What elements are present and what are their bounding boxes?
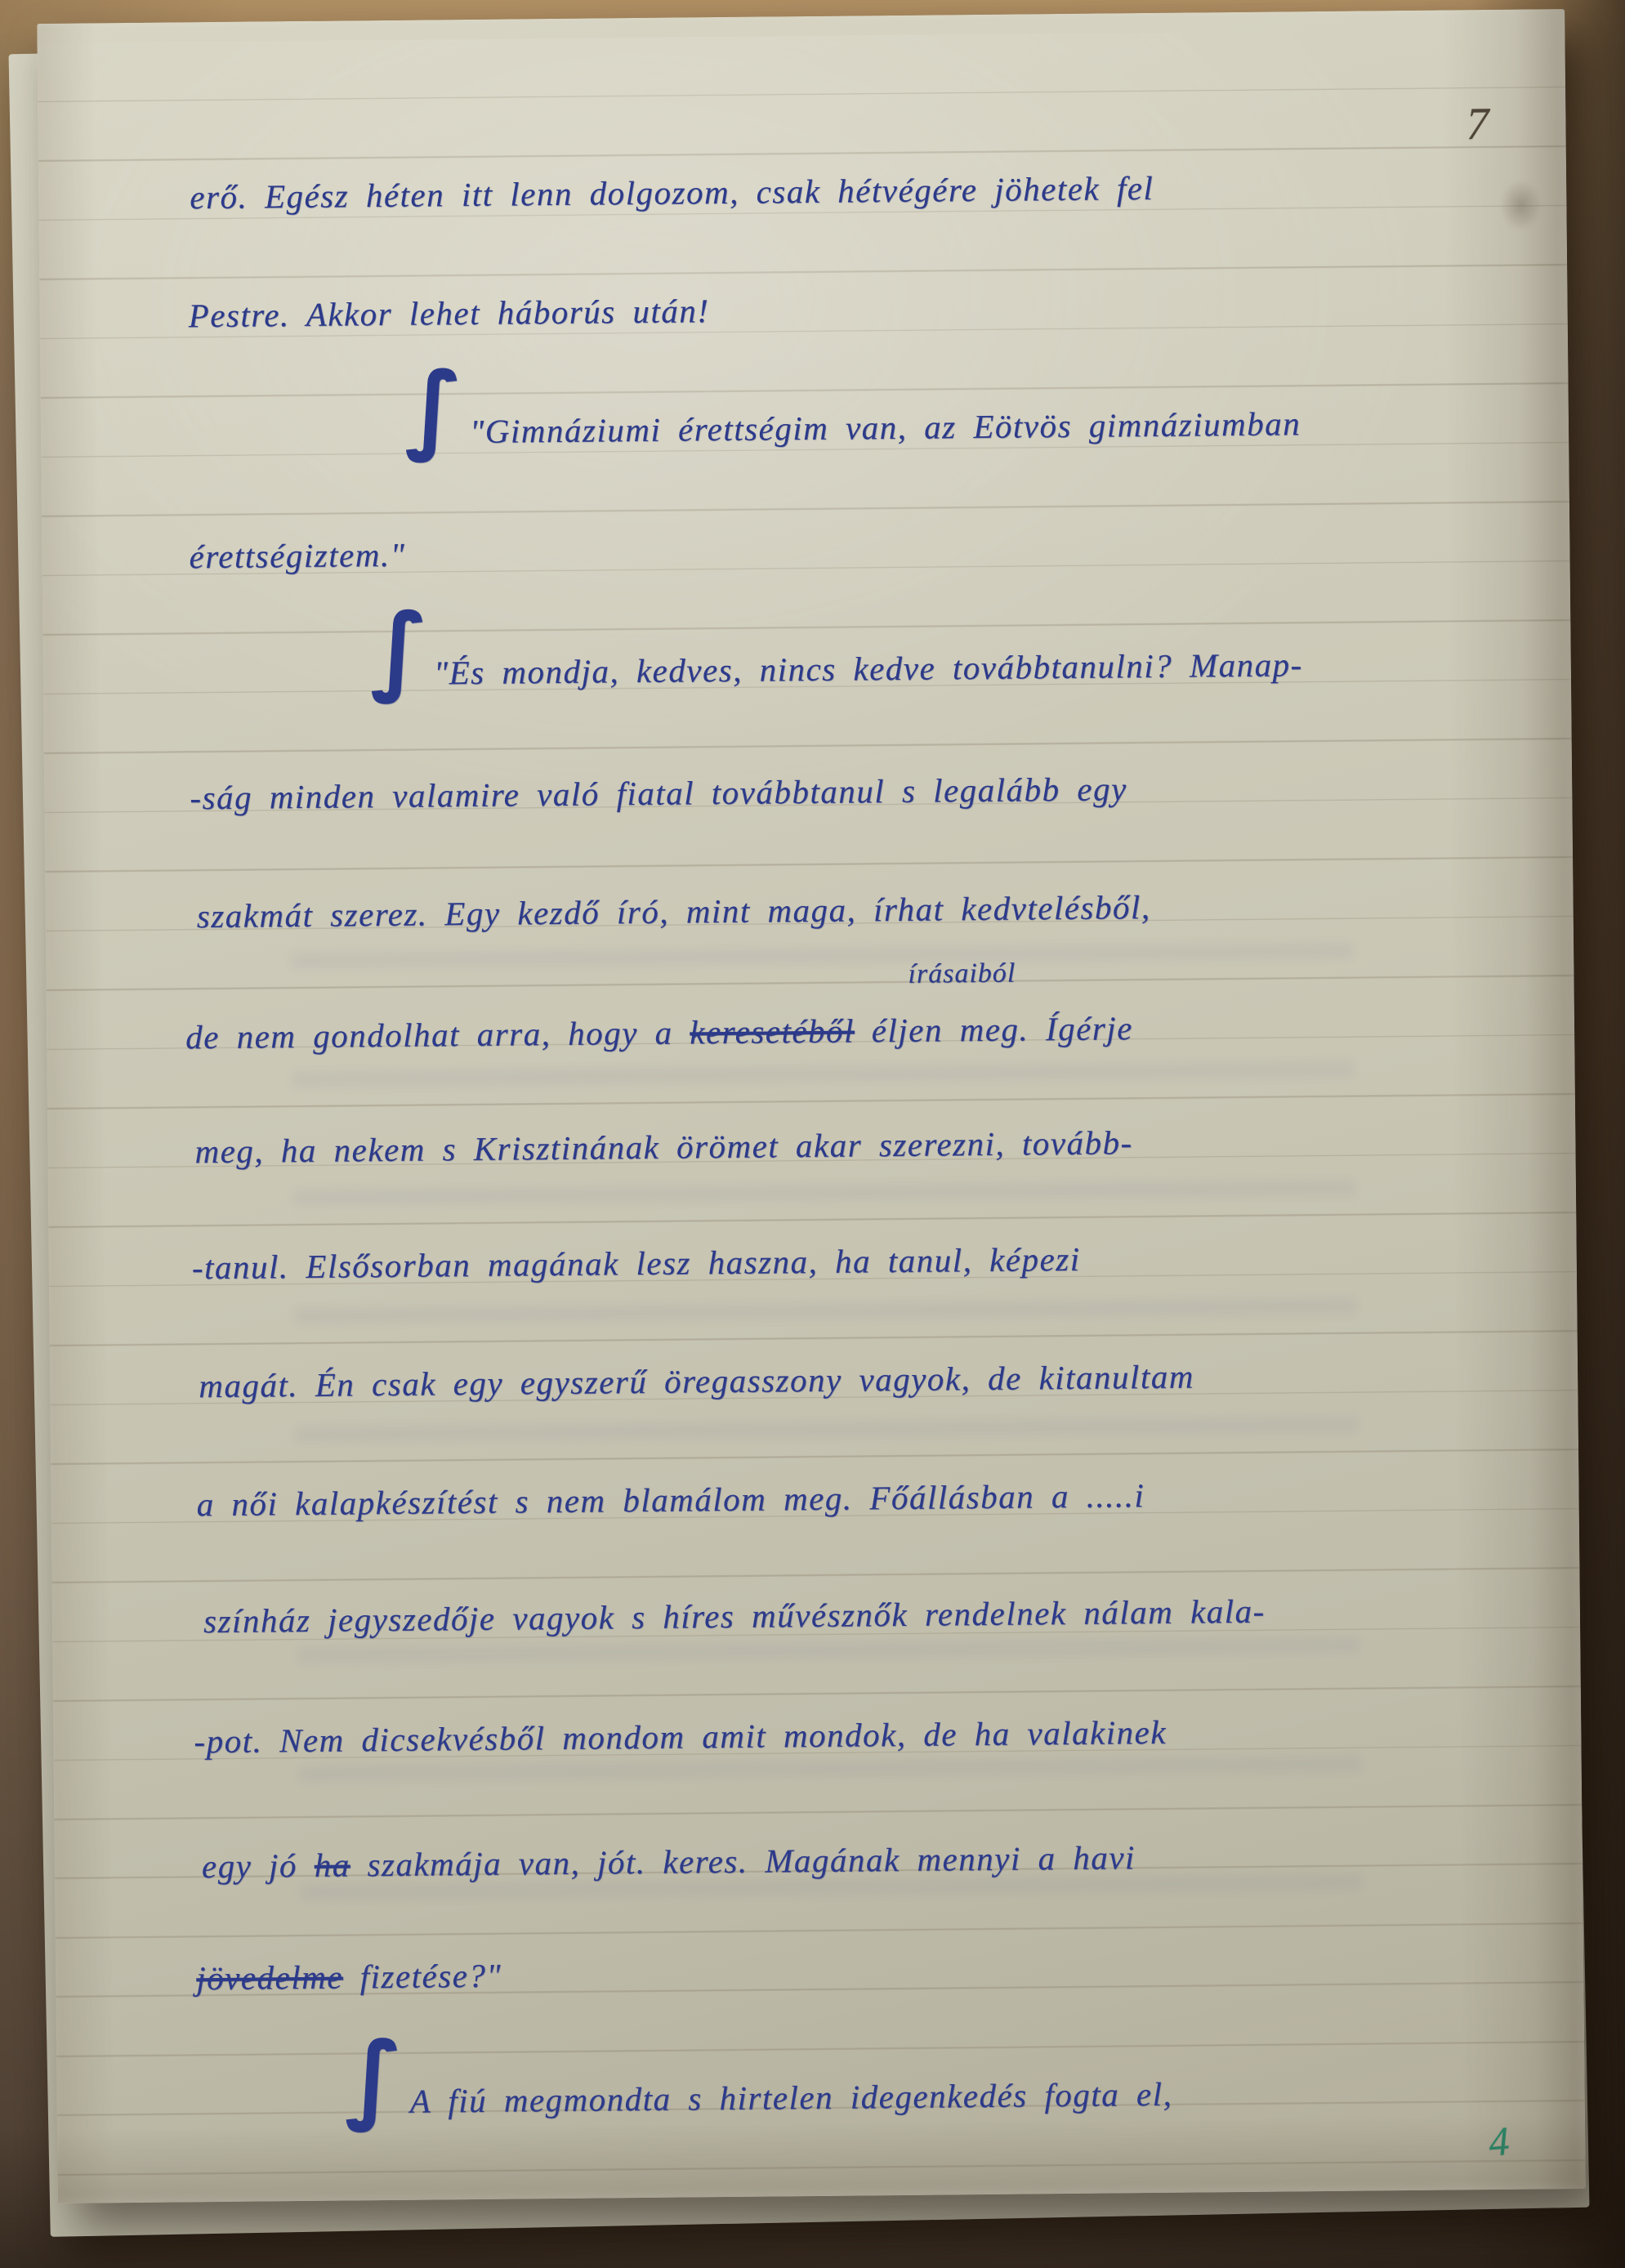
line-text: de nem gondolhat arra, hogy a bbox=[185, 1013, 690, 1056]
line-text: szakmája van, jót. keres. Magának mennyi… bbox=[350, 1838, 1136, 1883]
manuscript-line: jövedelme fizetése?" bbox=[196, 1956, 502, 1998]
struck-word: ha bbox=[314, 1846, 350, 1883]
manuscript-paper: 7 erő. Egész héten itt lenn dolgozom, cs… bbox=[37, 9, 1586, 2203]
manuscript-line: "Gimnáziumi érettségim van, az Eötvös gi… bbox=[470, 404, 1301, 451]
manuscript-line: -ság minden valamire való fiatal továbbt… bbox=[190, 769, 1127, 817]
manuscript-line: erő. Egész héten itt lenn dolgozom, csak… bbox=[190, 168, 1154, 217]
paragraph-bracket-mark: ∫ bbox=[404, 359, 463, 456]
corner-number-green: 4 bbox=[1487, 2117, 1511, 2166]
paragraph-bracket-mark: ∫ bbox=[369, 600, 429, 697]
manuscript-line: "És mondja, kedves, nincs kedve továbbta… bbox=[434, 645, 1303, 692]
inserted-word: írásaiból bbox=[908, 958, 1016, 990]
manuscript-line: érettségiztem." bbox=[189, 535, 405, 577]
manuscript-line: Pestre. Akkor lehet háborús után! bbox=[188, 291, 709, 335]
struck-word: jövedelme bbox=[196, 1958, 343, 1998]
photo-of-manuscript-page: { "manuscript": { "page_number": "7", "c… bbox=[0, 0, 1625, 2268]
pencil-smudge bbox=[1499, 179, 1542, 231]
page-number: 7 bbox=[1466, 98, 1489, 150]
manuscript-line: A fiú megmondta s hirtelen idegenkedés f… bbox=[409, 2074, 1172, 2121]
line-text: éljen meg. Ígérje bbox=[855, 1009, 1133, 1049]
manuscript-line: a női kalapkészítést s nem blamálom meg.… bbox=[196, 1476, 1145, 1524]
line-text: egy jó bbox=[202, 1846, 315, 1885]
line-text: fizetése?" bbox=[343, 1957, 502, 1996]
paragraph-bracket-mark: ∫ bbox=[344, 2029, 404, 2126]
struck-word: keresetéből bbox=[690, 1011, 855, 1051]
